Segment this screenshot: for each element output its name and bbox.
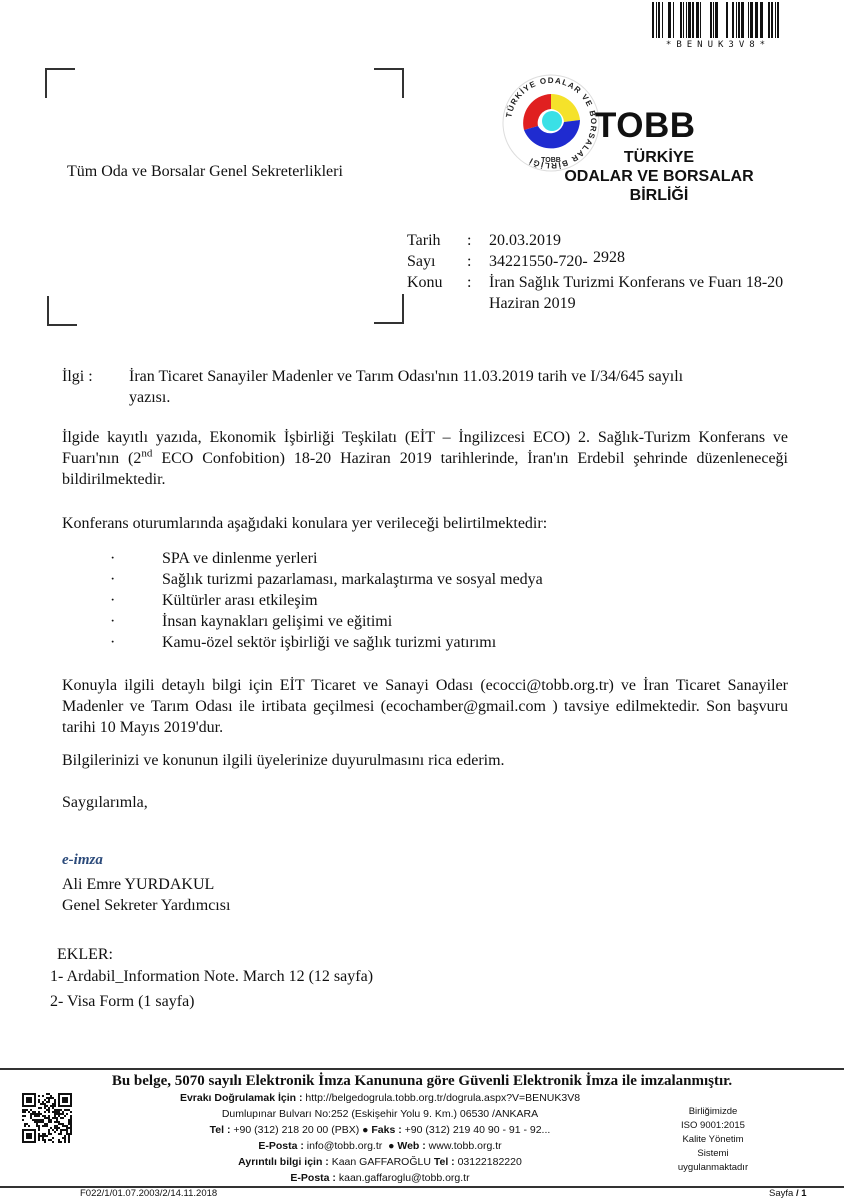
subject-value: İran Sağlık Turizmi Konferans ve Fuarı 1… xyxy=(489,272,799,314)
contact-tel: 03122182220 xyxy=(458,1156,522,1168)
paragraph-contact: Konuyla ilgili detaylı bilgi için EİT Ti… xyxy=(62,675,788,738)
topic-item: ·Sağlık turizmi pazarlaması, markalaştır… xyxy=(110,569,543,590)
barcode xyxy=(652,2,780,38)
tel-label: Tel : xyxy=(210,1124,231,1136)
contact-tel-label: Tel : xyxy=(434,1156,455,1168)
document-meta: Tarih : 20.03.2019 Sayı : 34221550-720- … xyxy=(407,230,809,314)
topic-item: ·Kültürler arası etkileşim xyxy=(110,590,543,611)
email-link[interactable]: info@tobb.org.tr xyxy=(307,1140,382,1152)
iso-line: Sistemi xyxy=(650,1147,776,1161)
topic-text: İnsan kaynakları gelişimi ve eğitimi xyxy=(162,611,392,632)
topic-text: Kamu-özel sektör işbirliği ve sağlık tur… xyxy=(162,632,496,653)
meta-subject-row: Konu : İran Sağlık Turizmi Konferans ve … xyxy=(407,272,809,314)
date-value: 20.03.2019 xyxy=(489,230,809,251)
topic-text: Kültürler arası etkileşim xyxy=(162,590,318,611)
org-name-line-1: TÜRKİYE xyxy=(548,148,770,167)
org-name-line-3: BİRLİĞİ xyxy=(548,186,770,205)
colon: : xyxy=(467,251,489,272)
barcode-text: *BENUK3V8* xyxy=(650,40,786,50)
p1-superscript: nd xyxy=(141,448,152,460)
web-label: Web : xyxy=(397,1140,425,1152)
web-line: E-Posta : info@tobb.org.tr ● Web : www.t… xyxy=(160,1138,600,1154)
tel-value: +90 (312) 218 20 00 (PBX) xyxy=(233,1124,359,1136)
corner-mark-top-left xyxy=(45,68,75,98)
colon: : xyxy=(467,230,489,251)
iso-line: uygulanmaktadır xyxy=(650,1161,776,1175)
footer-divider-top xyxy=(0,1068,844,1070)
signer-title: Genel Sekreter Yardımcısı xyxy=(62,895,230,916)
p1-text-b: ECO Confobition) 18-20 Haziran 2019 tari… xyxy=(62,450,788,488)
topic-text: SPA ve dinlenme yerleri xyxy=(162,548,317,569)
form-code: F022/1/01.07.2003/2/14.11.2018 xyxy=(80,1188,217,1199)
contact-email-label: E-Posta : xyxy=(290,1172,336,1184)
page-number: Sayfa / 1 xyxy=(769,1188,807,1199)
attachment-item[interactable]: 2- Visa Form (1 sayfa) xyxy=(50,991,373,1012)
attachments-list: 1- Ardabil_Information Note. March 12 (1… xyxy=(50,966,373,1012)
number-label: Sayı xyxy=(407,251,467,272)
recipient: Tüm Oda ve Borsalar Genel Sekreterlikler… xyxy=(67,161,343,182)
fax-value: +90 (312) 219 40 90 - 91 - 92... xyxy=(405,1124,551,1136)
reference-label: İlgi : xyxy=(62,366,129,408)
subject-label: Konu xyxy=(407,272,467,314)
corner-mark-top-right xyxy=(374,68,404,98)
iso-notice: Birliğimizde ISO 9001:2015 Kalite Yöneti… xyxy=(650,1105,776,1175)
page-label: Sayfa xyxy=(769,1188,793,1199)
iso-line: Birliğimizde xyxy=(650,1105,776,1119)
reference: İlgi : İran Ticaret Sanayiler Madenler v… xyxy=(62,366,709,408)
org-full-name: TÜRKİYE ODALAR VE BORSALAR BİRLİĞİ xyxy=(548,148,770,205)
reference-text: İran Ticaret Sanayiler Madenler ve Tarım… xyxy=(129,366,709,408)
legal-notice: Bu belge, 5070 sayılı Elektronik İmza Ka… xyxy=(0,1071,844,1092)
colon: : xyxy=(467,272,489,314)
e-signature-mark: e-imza xyxy=(62,852,103,869)
number-value: 34221550-720- xyxy=(489,251,809,272)
separator: ● xyxy=(362,1124,368,1136)
topic-item: ·Kamu-özel sektör işbirliği ve sağlık tu… xyxy=(110,632,543,653)
iso-line: ISO 9001:2015 xyxy=(650,1119,776,1133)
web-link[interactable]: www.tobb.org.tr xyxy=(429,1140,502,1152)
contact-email-line: E-Posta : kaan.gaffaroglu@tobb.org.tr xyxy=(160,1170,600,1186)
phone-line: Tel : +90 (312) 218 20 00 (PBX) ● Faks :… xyxy=(160,1122,600,1138)
bullet-icon: · xyxy=(110,611,162,632)
iso-line: Kalite Yönetim xyxy=(650,1133,776,1147)
contact-line: Ayrıntılı bilgi için : Kaan GAFFAROĞLU T… xyxy=(160,1154,600,1170)
contact-email-link[interactable]: kaan.gaffaroglu@tobb.org.tr xyxy=(339,1172,470,1184)
fax-label: Faks : xyxy=(371,1124,401,1136)
signer: Ali Emre YURDAKUL Genel Sekreter Yardımc… xyxy=(62,874,230,916)
corner-mark-bottom-right xyxy=(374,294,404,324)
separator: ● xyxy=(388,1140,394,1152)
org-name-line-2: ODALAR VE BORSALAR xyxy=(548,167,770,186)
attachments-label: EKLER: xyxy=(57,944,113,965)
footer-contact-info: Evrakı Doğrulamak İçin : http://belgedog… xyxy=(160,1090,600,1186)
email-label: E-Posta : xyxy=(258,1140,304,1152)
verify-url[interactable]: http://belgedogrula.tobb.org.tr/dogrula.… xyxy=(305,1092,580,1104)
date-label: Tarih xyxy=(407,230,467,251)
qr-code-icon[interactable] xyxy=(22,1093,72,1143)
page-value: / 1 xyxy=(796,1188,807,1199)
paragraph-announcement: İlgide kayıtlı yazıda, Ekonomik İşbirliğ… xyxy=(62,427,788,490)
bullet-icon: · xyxy=(110,590,162,611)
paragraph-topics-intro: Konferans oturumlarında aşağıdaki konula… xyxy=(62,513,788,534)
topic-text: Sağlık turizmi pazarlaması, markalaştırm… xyxy=(162,569,543,590)
verify-label: Evrakı Doğrulamak İçin : xyxy=(180,1092,303,1104)
closing: Saygılarımla, xyxy=(62,792,148,813)
contact-name: Kaan GAFFAROĞLU xyxy=(332,1156,431,1168)
detail-label: Ayrıntılı bilgi için : xyxy=(238,1156,329,1168)
org-short-name: TOBB xyxy=(595,106,696,146)
bullet-icon: · xyxy=(110,569,162,590)
bullet-icon: · xyxy=(110,632,162,653)
bullet-icon: · xyxy=(110,548,162,569)
topics-list: ·SPA ve dinlenme yerleri·Sağlık turizmi … xyxy=(110,548,543,653)
attachment-item[interactable]: 1- Ardabil_Information Note. March 12 (1… xyxy=(50,966,373,987)
paragraph-request: Bilgilerinizi ve konunun ilgili üyelerin… xyxy=(62,750,788,771)
corner-mark-bottom-left xyxy=(47,296,77,326)
verify-line: Evrakı Doğrulamak İçin : http://belgedog… xyxy=(160,1090,600,1106)
signer-name: Ali Emre YURDAKUL xyxy=(62,874,230,895)
address: Dumlupınar Bulvarı No:252 (Eskişehir Yol… xyxy=(160,1106,600,1122)
topic-item: ·İnsan kaynakları gelişimi ve eğitimi xyxy=(110,611,543,632)
number-suffix: 2928 xyxy=(593,247,625,268)
topic-item: ·SPA ve dinlenme yerleri xyxy=(110,548,543,569)
